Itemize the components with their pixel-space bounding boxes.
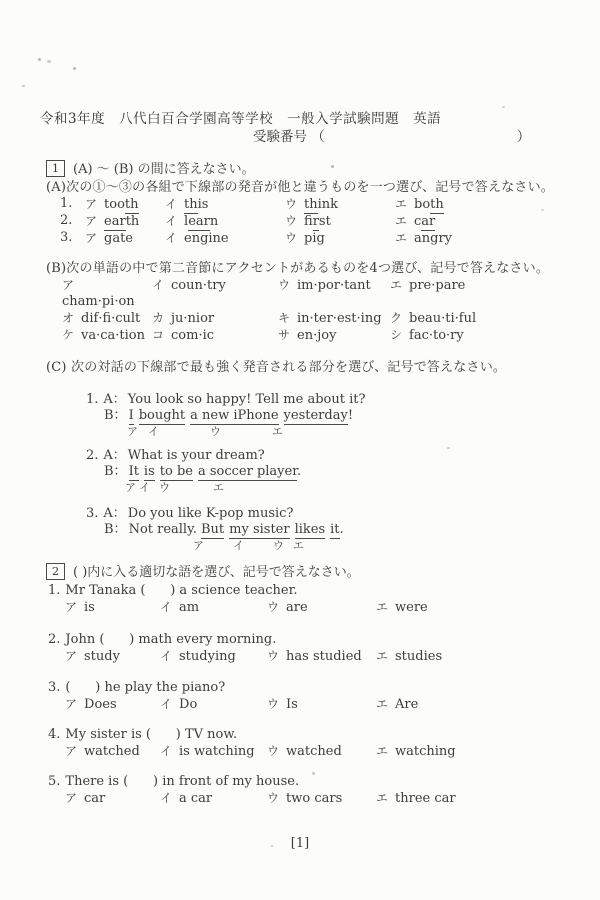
accent-option: クbeau·ti·ful	[390, 310, 600, 327]
paren-open: （	[311, 129, 325, 145]
accent-option: シfac·to·ry	[390, 327, 600, 344]
accent-word: en·joy	[297, 328, 336, 343]
kana-ke: ケ	[62, 328, 74, 342]
kana-a: ア	[85, 197, 97, 211]
kana-a: ア	[62, 278, 74, 292]
dialogue-2-kana-markers: アイウエ	[86, 480, 600, 493]
accent-word: dif·fi·cult	[81, 311, 140, 326]
word: this	[184, 197, 208, 214]
accent-option: キin·ter·est·ing	[278, 310, 390, 327]
dialogue-number: 1.	[86, 392, 98, 407]
option-a: アgate	[85, 230, 165, 247]
page-number: [1]	[0, 836, 600, 851]
question-number: 4.	[48, 727, 60, 742]
accent-option: コcom·ic	[152, 327, 278, 344]
option-u: ウthink	[285, 196, 395, 213]
question-text: Mr Tanaka ( ) a science teacher.	[65, 583, 297, 598]
accent-option: アcham·pi·on	[62, 277, 152, 310]
kana-u: ウ	[278, 278, 290, 292]
option-i: イDo	[160, 696, 267, 713]
question-2-options: アstudy イstudying ウhas studied エstudies	[65, 648, 600, 665]
accent-word: pre·pare	[409, 278, 465, 293]
question-5-options: アcar イa car ウtwo cars エthree car	[65, 790, 600, 807]
kana-e: エ	[395, 231, 407, 245]
dialogue-3-kana-markers: アイウエ	[86, 538, 600, 551]
speaker-b-label: B：	[104, 464, 127, 479]
word: learn	[184, 214, 218, 231]
word: car	[414, 214, 435, 231]
dialogue-2-line-a: 2.A：What is your dream?	[86, 448, 600, 464]
question-text: There is ( ) in front of my house.	[65, 774, 299, 789]
accent-word: fac·to·ry	[409, 328, 464, 343]
option-u: ウIs	[267, 696, 376, 713]
accent-word: im·por·tant	[297, 278, 371, 293]
dialogue-3-line-b: B：Not really. Butmy sisterlikesit.	[86, 522, 600, 538]
paren-close: ）	[517, 129, 531, 145]
option-u: ウtwo cars	[267, 790, 376, 807]
word: first	[304, 214, 331, 231]
speaker-a-text: Do you like K-pop music?	[128, 506, 294, 521]
word: earth	[104, 214, 139, 231]
question-number: 1.	[48, 583, 60, 598]
option-i: イstudying	[160, 648, 267, 665]
accent-option: サen·joy	[278, 327, 390, 344]
examinee-number-line: 受験番号 （）	[253, 128, 600, 146]
kana-u: ウ	[285, 214, 297, 228]
accent-option: ケva·ca·tion	[62, 327, 152, 344]
word: engine	[184, 231, 229, 246]
question-number: 3.	[48, 680, 60, 695]
option-e: エthree car	[376, 790, 600, 807]
option-e: エboth	[395, 196, 600, 213]
dialogue-3-line-a: 3.A：Do you like K-pop music?	[86, 506, 600, 522]
option-u: ウfirst	[285, 213, 395, 230]
speaker-a-text: You look so happy! Tell me about it?	[128, 392, 366, 407]
kana-ki: キ	[278, 311, 290, 325]
question-number: 5.	[48, 774, 60, 789]
option-a: アtooth	[85, 196, 165, 213]
dialogue-2-line-b: B：Itisto bea soccer player.	[86, 464, 600, 480]
exam-title: 令和3年度 八代白百合学園高等学校 一般入学試験問題 英語	[40, 110, 600, 128]
option-a: アwatched	[65, 743, 160, 760]
kana-e: エ	[395, 214, 407, 228]
section1-title: 1(A) ～ (B) の間に答えなさい。	[46, 160, 600, 179]
partA-row-1: 1. アtooth イthis ウthink エboth	[60, 196, 600, 213]
dialogue-1-line-b: B：Iboughta new iPhoneyesterday!	[86, 408, 600, 424]
question-text: My sister is ( ) TV now.	[65, 727, 237, 742]
accent-word: cham·pi·on	[62, 294, 135, 309]
dialogue-1-line-a: 1.A：You look so happy! Tell me about it?	[86, 392, 600, 408]
section2-title-text: ( )内に入る適切な語を選び、記号で答えなさい。	[73, 565, 360, 580]
accent-word: va·ca·tion	[81, 328, 145, 343]
accent-word: ju·nior	[171, 311, 214, 326]
kana-u: ウ	[285, 231, 297, 245]
section2-number-box: 2	[46, 563, 65, 580]
examinee-number-label: 受験番号	[253, 129, 307, 145]
option-u: ウare	[267, 599, 376, 616]
dialogue-1-kana-markers: アイウエ	[86, 424, 600, 437]
option-e: エAre	[376, 696, 600, 713]
dialogue-number: 2.	[86, 448, 98, 463]
question-4-options: アwatched イis watching ウwatched エwatching	[65, 743, 600, 760]
partB-row-2: オdif·fi·cult カju·nior キin·ter·est·ing クb…	[62, 310, 600, 327]
question-text: ( ) he play the piano?	[65, 680, 225, 695]
dialogue-2: 2.A：What is your dream? B：Itisto bea soc…	[86, 448, 600, 493]
kana-e: エ	[390, 278, 402, 292]
question-1: 1.Mr Tanaka ( ) a science teacher. アis イ…	[0, 582, 600, 616]
speaker-a-label: A：	[103, 392, 125, 407]
option-i: イthis	[165, 196, 285, 213]
section1-number-box: 1	[46, 160, 65, 177]
option-e: エwatching	[376, 743, 600, 760]
question-4: 4.My sister is ( ) TV now. アwatched イis …	[0, 726, 600, 760]
partA-row-2: 2. アearth イlearn ウfirst エcar	[60, 213, 600, 230]
speaker-b-label: B：	[104, 408, 127, 423]
section2-title: 2( )内に入る適切な語を選び、記号で答えなさい。	[46, 563, 600, 582]
speaker-a-text: What is your dream?	[128, 448, 265, 463]
word: think	[304, 197, 338, 214]
kana-ka: カ	[152, 311, 164, 325]
word: both	[414, 197, 444, 214]
option-e: エangry	[395, 230, 600, 247]
kana-ku: ク	[390, 311, 402, 325]
word: pig	[304, 231, 325, 246]
accent-option: イcoun·try	[152, 277, 278, 310]
word: tooth	[104, 197, 139, 214]
accent-option: エpre·pare	[390, 277, 600, 310]
partA-instruction: (A)次の①～③の各組で下線部の発音が他と違うものを一つ選び、記号で答えなさい。	[46, 179, 600, 196]
kana-a: ア	[85, 231, 97, 245]
question-text: John ( ) math every morning.	[65, 632, 276, 647]
option-i: イlearn	[165, 213, 285, 230]
word: gate	[104, 231, 133, 246]
row-number: 1.	[60, 196, 85, 213]
question-5: 5.There is ( ) in front of my house. アca…	[0, 773, 600, 807]
option-a: アstudy	[65, 648, 160, 665]
dialogue-number: 3.	[86, 506, 98, 521]
question-2: 2.John ( ) math every morning. アstudy イs…	[0, 631, 600, 665]
option-u: ウwatched	[267, 743, 376, 760]
kana-u: ウ	[285, 197, 297, 211]
speaker-b-label: B：	[104, 522, 127, 537]
question-1-options: アis イam ウare エwere	[65, 599, 600, 616]
option-u: ウhas studied	[267, 648, 376, 665]
accent-word: in·ter·est·ing	[297, 311, 382, 326]
row-number: 3.	[60, 230, 85, 247]
partB-instruction: (B)次の単語の中で第二音節にアクセントがあるものを4つ選び、記号で答えなさい。	[46, 260, 600, 277]
option-a: アis	[65, 599, 160, 616]
kana-shi: シ	[390, 328, 402, 342]
option-u: ウpig	[285, 230, 395, 247]
option-e: エwere	[376, 599, 600, 616]
word: angry	[414, 231, 452, 246]
partC-instruction: (C) 次の対話の下線部で最も強く発音される部分を選び、記号で答えなさい。	[46, 359, 600, 376]
speaker-a-label: A：	[103, 506, 125, 521]
option-e: エcar	[395, 213, 600, 230]
accent-word: beau·ti·ful	[409, 311, 476, 326]
accent-word: coun·try	[171, 278, 226, 293]
exam-paper-page: 令和3年度 八代白百合学園高等学校 一般入学試験問題 英語 受験番号 （） 1(…	[0, 0, 600, 900]
kana-i: イ	[165, 231, 177, 245]
speaker-a-label: A：	[103, 448, 125, 463]
section1-title-text: (A) ～ (B) の間に答えなさい。	[73, 162, 255, 177]
kana-ko: コ	[152, 328, 164, 342]
kana-e: エ	[395, 197, 407, 211]
option-a: アcar	[65, 790, 160, 807]
kana-sa: サ	[278, 328, 290, 342]
accent-option: オdif·fi·cult	[62, 310, 152, 327]
option-a: アearth	[85, 213, 165, 230]
question-3-options: アDoes イDo ウIs エAre	[65, 696, 600, 713]
option-a: アDoes	[65, 696, 160, 713]
partB-row-1: アcham·pi·on イcoun·try ウim·por·tant エpre·…	[62, 277, 600, 310]
kana-o: オ	[62, 311, 74, 325]
kana-i: イ	[152, 278, 164, 292]
option-i: イam	[160, 599, 267, 616]
question-number: 2.	[48, 632, 60, 647]
option-i: イis watching	[160, 743, 267, 760]
option-e: エstudies	[376, 648, 600, 665]
question-3: 3.( ) he play the piano? アDoes イDo ウIs エ…	[0, 679, 600, 713]
partA-row-3: 3. アgate イengine ウpig エangry	[60, 230, 600, 247]
kana-a: ア	[85, 214, 97, 228]
accent-word: com·ic	[171, 328, 214, 343]
kana-i: イ	[165, 214, 177, 228]
dialogue-3: 3.A：Do you like K-pop music? B：Not reall…	[86, 506, 600, 551]
dialogue-1: 1.A：You look so happy! Tell me about it?…	[86, 392, 600, 437]
partB-row-3: ケva·ca·tion コcom·ic サen·joy シfac·to·ry	[62, 327, 600, 344]
kana-i: イ	[165, 197, 177, 211]
option-i: イa car	[160, 790, 267, 807]
accent-option: ウim·por·tant	[278, 277, 390, 310]
accent-option: カju·nior	[152, 310, 278, 327]
option-i: イengine	[165, 230, 285, 247]
row-number: 2.	[60, 213, 85, 230]
